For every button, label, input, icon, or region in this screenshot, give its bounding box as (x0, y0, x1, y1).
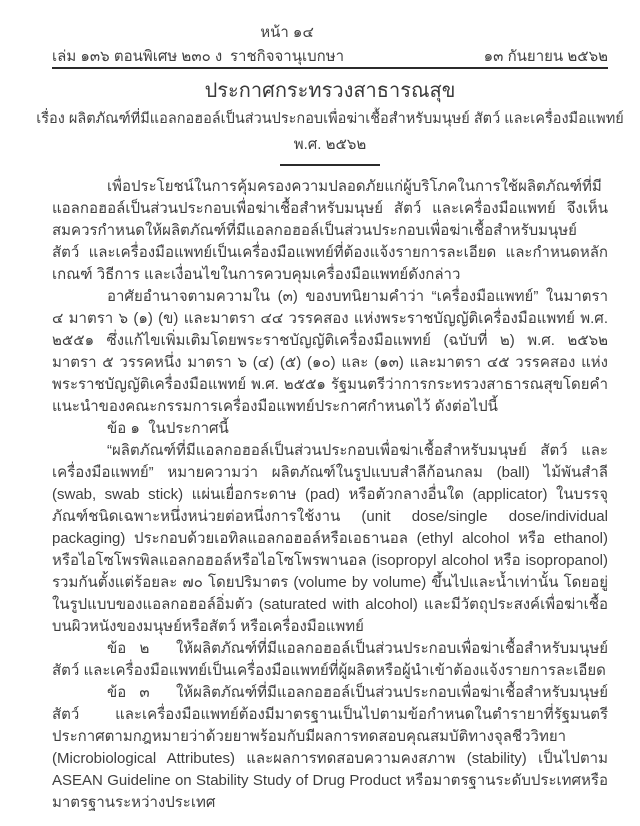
announcement-subject-row: เรื่อง ผลิตภัณฑ์ที่มีแอลกอฮอล์เป็นส่วนปร… (52, 109, 608, 129)
document-page: หน้า ๑๔ เล่ม ๑๓๖ ตอนพิเศษ ๒๓๐ ง ราชกิจจา… (0, 0, 640, 826)
title-divider-line (280, 164, 380, 166)
publication-date: ๑๓ กันยายน ๒๕๖๒ (484, 44, 608, 68)
page-number-label: หน้า ๑๔ (260, 20, 314, 44)
announcement-year: พ.ศ. ๒๕๖๒ (52, 135, 608, 155)
body-paragraph-preamble: เพื่อประโยชน์ในการคุ้มครองความปลอดภัยแก่… (52, 176, 608, 286)
body-paragraph-clause-2: ข้อ ๒ ให้ผลิตภัณฑ์ที่มีแอลกอฮอล์เป็นส่วน… (52, 638, 608, 682)
announcement-subject: เรื่อง ผลิตภัณฑ์ที่มีแอลกอฮอล์เป็นส่วนปร… (36, 109, 623, 129)
gazette-name: ราชกิจจานุเบกษา (230, 44, 344, 68)
volume-issue-label: เล่ม ๑๓๖ ตอนพิเศษ ๒๓๐ ง (52, 44, 222, 68)
title-block: ประกาศกระทรวงสาธารณสุข เรื่อง ผลิตภัณฑ์ท… (52, 78, 608, 166)
announcement-title: ประกาศกระทรวงสาธารณสุข (52, 78, 608, 104)
header-divider-line (52, 67, 608, 69)
body-paragraph-clause-3: ข้อ ๓ ให้ผลิตภัณฑ์ที่มีแอลกอฮอล์เป็นส่วน… (52, 682, 608, 814)
document-body: เพื่อประโยชน์ในการคุ้มครองความปลอดภัยแก่… (52, 176, 608, 814)
body-paragraph-authority: อาศัยอำนาจตามความใน (๓) ของบทนิยามคำว่า … (52, 286, 608, 418)
body-paragraph-clause-1: ข้อ ๑ ในประกาศนี้ (52, 418, 608, 440)
body-paragraph-definition: “ผลิตภัณฑ์ที่มีแอลกอฮอล์เป็นส่วนประกอบเพ… (52, 440, 608, 638)
